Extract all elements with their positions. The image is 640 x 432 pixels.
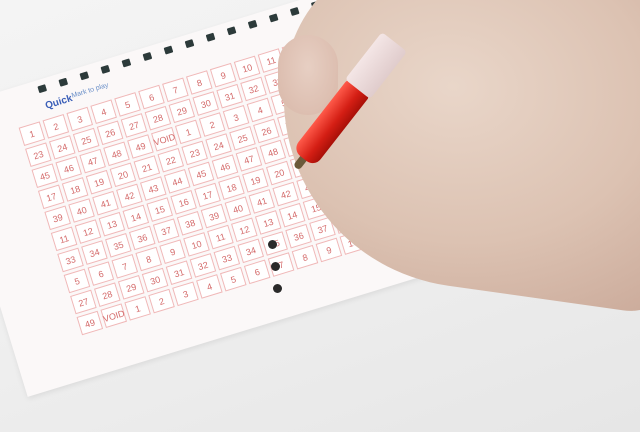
number-cell: 30 (192, 91, 219, 116)
number-cell: 7 (162, 77, 189, 102)
number-cell: 26 (97, 120, 124, 145)
number-cell: 11 (51, 227, 78, 252)
number-cell: 38 (177, 211, 204, 236)
number-cell: 31 (216, 84, 243, 109)
number-cell: 28 (94, 282, 121, 307)
number-cell: 15 (146, 197, 173, 222)
number-cell: VOID (100, 303, 127, 328)
photo-scene: Quick Mark to play 123456789101112131415… (0, 0, 640, 432)
number-cell: 36 (129, 226, 156, 251)
timing-mark (290, 7, 300, 16)
number-cell: 23 (181, 141, 208, 166)
number-cell: 39 (44, 206, 71, 231)
number-cell: 42 (272, 182, 299, 207)
number-cell: 43 (140, 176, 167, 201)
number-cell: 47 (79, 149, 106, 174)
number-cell: 27 (121, 113, 148, 138)
timing-mark (37, 84, 47, 93)
pen-mark (271, 262, 280, 271)
number-cell: 4 (247, 98, 274, 123)
timing-mark (58, 78, 68, 87)
number-cell: 2 (43, 114, 70, 139)
number-cell: 24 (205, 133, 232, 158)
number-cell: 46 (212, 154, 239, 179)
number-cell: 3 (172, 281, 199, 306)
timing-mark (206, 33, 216, 42)
number-cell: 42 (116, 184, 143, 209)
number-cell: 32 (240, 77, 267, 102)
number-cell: 49 (127, 134, 154, 159)
number-cell: 41 (92, 191, 119, 216)
timing-mark (269, 13, 279, 22)
number-cell: 40 (68, 198, 95, 223)
number-cell: 27 (70, 290, 97, 315)
number-cell: 44 (164, 169, 191, 194)
number-cell: 17 (194, 183, 221, 208)
number-cell: 5 (64, 269, 91, 294)
number-cell: 10 (234, 56, 261, 81)
number-cell: 20 (266, 161, 293, 186)
number-cell: 8 (186, 70, 213, 95)
number-cell: 22 (157, 148, 184, 173)
number-cell: 12 (231, 217, 258, 242)
pen-mark (268, 240, 277, 249)
number-cell: 10 (183, 232, 210, 257)
number-cell: 25 (229, 126, 256, 151)
number-cell: 1 (124, 296, 151, 321)
number-cell: 6 (244, 260, 271, 285)
number-cell: 18 (62, 177, 89, 202)
number-cell: 19 (86, 170, 113, 195)
number-cell: 35 (105, 233, 132, 258)
number-cell: 17 (38, 184, 65, 209)
timing-mark (143, 52, 153, 61)
timing-mark (227, 26, 237, 35)
number-cell: 34 (237, 238, 264, 263)
number-cell: 31 (166, 260, 193, 285)
number-cell: 19 (242, 168, 269, 193)
number-cell: 18 (218, 175, 245, 200)
number-cell: 28 (145, 106, 172, 131)
number-cell: 2 (199, 112, 226, 137)
number-cell: 39 (201, 204, 228, 229)
timing-mark (79, 71, 89, 80)
number-cell: 49 (77, 311, 104, 336)
timing-mark (248, 20, 258, 29)
number-cell: 21 (134, 155, 161, 180)
number-cell: 34 (81, 240, 108, 265)
number-cell: 30 (142, 268, 169, 293)
number-cell: 3 (223, 105, 250, 130)
number-cell: 14 (279, 203, 306, 228)
number-cell: 12 (75, 219, 102, 244)
number-cell: 11 (207, 225, 234, 250)
ticket-instruction: Mark to play (71, 82, 110, 100)
pen-mark (273, 284, 282, 293)
number-cell: 48 (260, 140, 287, 165)
number-cell: 6 (138, 85, 165, 110)
number-cell: 40 (225, 196, 252, 221)
number-cell: 32 (190, 253, 217, 278)
number-cell: VOID (151, 127, 178, 152)
number-cell: 46 (55, 156, 82, 181)
number-cell: 3 (66, 107, 93, 132)
number-cell: 4 (90, 99, 117, 124)
number-cell: 23 (25, 142, 52, 167)
number-cell: 26 (253, 119, 280, 144)
number-cell: 4 (196, 274, 223, 299)
timing-mark (164, 46, 174, 55)
number-cell: 9 (210, 63, 237, 88)
number-cell: 6 (88, 261, 115, 286)
number-cell: 5 (114, 92, 141, 117)
number-cell: 2 (148, 289, 175, 314)
number-cell: 14 (123, 205, 150, 230)
number-cell: 24 (49, 135, 76, 160)
number-cell: 36 (285, 224, 312, 249)
number-cell: 29 (118, 275, 145, 300)
number-cell: 8 (292, 245, 319, 270)
number-cell: 25 (73, 128, 100, 153)
number-cell: 29 (169, 99, 196, 124)
number-cell: 45 (188, 162, 215, 187)
number-cell: 47 (236, 147, 263, 172)
timing-mark (101, 65, 111, 74)
number-cell: 13 (255, 210, 282, 235)
number-cell: 8 (135, 247, 162, 272)
number-cell: 1 (19, 121, 46, 146)
number-cell: 20 (110, 163, 137, 188)
number-cell: 1 (175, 120, 202, 145)
number-cell: 33 (214, 246, 241, 271)
number-cell: 13 (99, 212, 126, 237)
number-cell: 37 (153, 218, 180, 243)
ticket-brand: Quick (44, 93, 74, 112)
number-cell: 45 (32, 163, 59, 188)
number-cell: 9 (316, 238, 343, 263)
timing-mark (185, 39, 195, 48)
number-cell: 7 (111, 254, 138, 279)
timing-mark (122, 58, 132, 67)
number-cell: 33 (57, 248, 84, 273)
number-cell: 9 (159, 239, 186, 264)
number-cell: 16 (170, 190, 197, 215)
number-cell: 41 (248, 189, 275, 214)
number-cell: 5 (220, 267, 247, 292)
number-cell: 48 (103, 142, 130, 167)
